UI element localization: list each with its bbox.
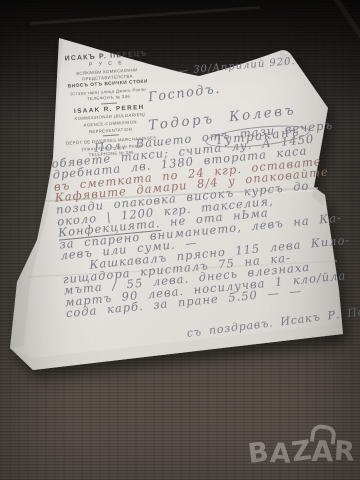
watermark-letter: B [246,437,271,470]
letterhead-divider [101,102,117,104]
watermark-letter: R [333,436,357,468]
photo-of-letter: ИСАКЪ Р. ПЕРЕЦЪ Р У С Е ВСЯКАКВИ КОМИСИО… [0,0,360,480]
handwritten-body: Пол. Вашето отъ тази вечеръ обявете такс… [50,121,341,321]
bazar-watermark: BAZAR [248,436,356,469]
letterhead-divider [103,135,119,137]
watermark-letter: A [269,438,292,470]
